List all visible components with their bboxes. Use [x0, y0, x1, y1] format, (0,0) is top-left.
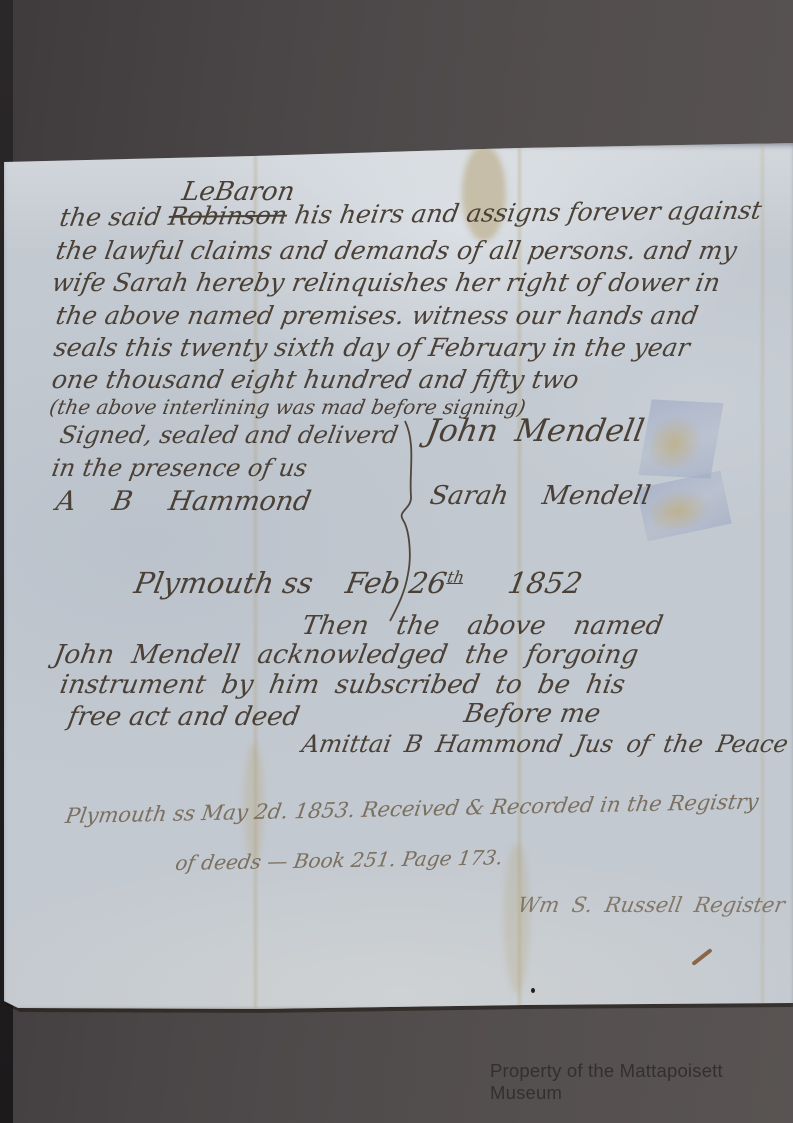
register-signature-wm-russell: Wm S. Russell Register [516, 895, 786, 916]
clause-line-6: one thousand eight hundred and fifty two [50, 367, 581, 392]
clause-line-5: seals this twenty sixth day of February … [52, 335, 692, 360]
museum-photo-page: { "photo": { "watermark_label": "Propert… [0, 0, 793, 1123]
witness-signature-hammond: A B Hammond [54, 488, 313, 515]
struck-name-robinson: Robinson [166, 201, 289, 231]
acknowledgment-venue-date-line: Plymouth ss Feb 26th 1852 [132, 569, 585, 598]
clause-line1-post: his heirs and assigns forever against [293, 196, 764, 230]
ack-date: Feb 26 [343, 566, 449, 600]
ack-line-4-left: free act and deed [66, 704, 302, 730]
speck-dark [531, 988, 535, 993]
ack-year: 1852 [505, 566, 585, 600]
officer-signature-amittai-hammond: Amittai B Hammond Jus of the Peace [300, 732, 790, 756]
venue-text: Plymouth ss [132, 566, 316, 600]
stain-fold-bottom [504, 843, 530, 993]
deed-document-page: LeBaron the saidRobinsonhis heirs and as… [4, 143, 793, 1011]
museum-watermark: Property of the Mattapoisett Museum [490, 1060, 793, 1104]
clause-line1-pre: the said [58, 202, 164, 232]
ack-line-4-right: Before me [462, 701, 602, 727]
ack-line-1: Then the above named [300, 613, 665, 639]
clause-line-4: the above named premises. witness our ha… [54, 303, 700, 328]
ack-line-2: John Mendell acknowledged the forgoing [52, 642, 640, 668]
clause-line-3: wife Sarah hereby relinquishes her right… [50, 270, 722, 295]
tape-stain [647, 484, 714, 533]
tape-stain [647, 413, 707, 468]
grantor-signature-john-mendell: John Mendell [424, 416, 646, 447]
tape-repair-upper [638, 399, 723, 478]
clause-line-2: the lawful claims and demands of all per… [54, 238, 739, 263]
grantor-signature-sarah-mendell: Sarah Mendell [428, 483, 652, 509]
ack-line-3: instrument by him subscribed to be his [58, 672, 627, 698]
clause-line-1: the saidRobinsonhis heirs and assigns fo… [58, 198, 764, 230]
ack-date-ordinal: th [446, 567, 466, 586]
recording-line-1: Plymouth ss May 2d. 1853. Received & Rec… [64, 792, 760, 827]
recording-line-2: of deeds — Book 251. Page 173. [174, 847, 504, 873]
fold-crease-right [759, 143, 766, 1011]
attestation-line-1: Signed, sealed and deliverd [58, 423, 400, 447]
scratch-brown [691, 948, 712, 966]
attestation-line-2: in the presence of us [50, 456, 309, 480]
